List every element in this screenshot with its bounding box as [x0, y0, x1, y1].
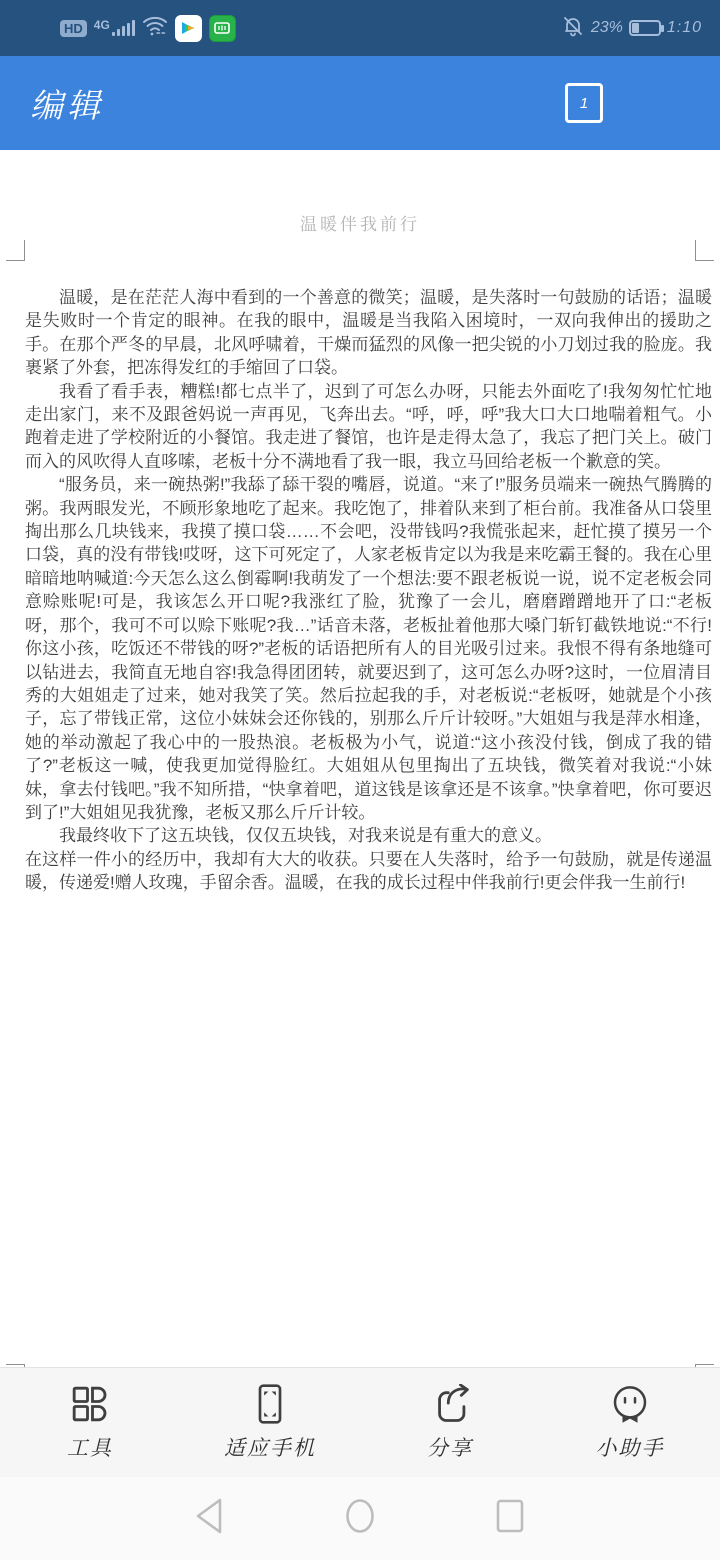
- close-button[interactable]: [650, 81, 690, 126]
- paragraph: 温暖，是在茫茫人海中看到的一个善意的微笑；温暖，是失落时一句鼓励的话语；温暖是失…: [25, 286, 712, 380]
- bottom-toolbar: 工具 适应手机 分享 小助手: [0, 1367, 720, 1477]
- tools-label: 工具: [67, 1432, 113, 1462]
- hd-badge: HD: [60, 20, 87, 37]
- tools-icon: [70, 1384, 110, 1424]
- share-button[interactable]: 分享: [360, 1368, 540, 1477]
- tools-button[interactable]: 工具: [0, 1368, 180, 1477]
- screen: HD 4G: [0, 0, 720, 1560]
- page-number-button[interactable]: 1: [565, 83, 603, 123]
- assistant-label: 小助手: [596, 1432, 665, 1462]
- paragraph: “服务员，来一碗热粥!”我舔了舔干裂的嘴唇，说道。“来了!”服务员端来一碗热气腾…: [25, 473, 712, 824]
- signal-bars-icon: [112, 20, 135, 36]
- green-tv-app-icon: [209, 15, 236, 42]
- nav-home-button[interactable]: [340, 1494, 380, 1543]
- battery-percent-label: 23%: [591, 19, 623, 37]
- battery-icon: [629, 20, 661, 36]
- fit-phone-label: 适应手机: [224, 1432, 316, 1462]
- paragraph: 在这样一件小的经历中，我却有大大的收获。只要在人失落时，给予一句鼓励，就是传递温…: [25, 848, 712, 895]
- edit-mode-button[interactable]: 编辑: [30, 80, 104, 127]
- margin-mark-top-right: [695, 240, 714, 261]
- assistant-icon: [610, 1384, 650, 1424]
- tencent-video-app-icon: [175, 15, 202, 42]
- network-type-label: 4G: [94, 18, 110, 32]
- paragraph: 我最终收下了这五块钱，仅仅五块钱，对我来说是有重大的意义。: [25, 824, 712, 847]
- cloud-saved-button[interactable]: [142, 80, 194, 126]
- document-page[interactable]: 温暖伴我前行 温暖，是在茫茫人海中看到的一个善意的微笑；温暖，是失落时一句鼓励的…: [0, 150, 720, 1367]
- page-number-label: 1: [580, 95, 588, 112]
- assistant-share-label: 分享: [427, 1432, 473, 1462]
- status-bar: HD 4G: [0, 0, 720, 56]
- status-time-label: 1:10: [667, 19, 702, 37]
- share-icon: [429, 1384, 471, 1424]
- network-indicator: 4G: [94, 20, 135, 36]
- paragraph: 我看了看手表，糟糕!都七点半了，迟到了可怎么办呀，只能去外面吃了!我匆匆忙忙地走…: [25, 380, 712, 474]
- read-view-button[interactable]: [385, 81, 429, 126]
- wifi-icon: [142, 14, 168, 43]
- grid-view-button[interactable]: [476, 80, 518, 127]
- notifications-off-icon: [561, 14, 585, 43]
- app-toolbar: 编辑: [0, 56, 720, 150]
- document-body: 温暖，是在茫茫人海中看到的一个善意的微笑；温暖，是失落时一句鼓励的话语；温暖是失…: [25, 286, 712, 895]
- home-icon: [340, 1494, 380, 1538]
- android-nav-bar: [0, 1477, 720, 1560]
- fit-phone-button[interactable]: 适应手机: [180, 1368, 360, 1477]
- assistant-button[interactable]: 小助手: [540, 1368, 720, 1477]
- nav-back-button[interactable]: [190, 1494, 230, 1543]
- document-title: 温暖伴我前行: [0, 210, 720, 235]
- margin-mark-top-left: [6, 240, 25, 261]
- fit-phone-icon: [250, 1384, 290, 1424]
- recents-icon: [490, 1494, 530, 1538]
- back-icon: [190, 1494, 230, 1538]
- nav-recents-button[interactable]: [490, 1494, 530, 1543]
